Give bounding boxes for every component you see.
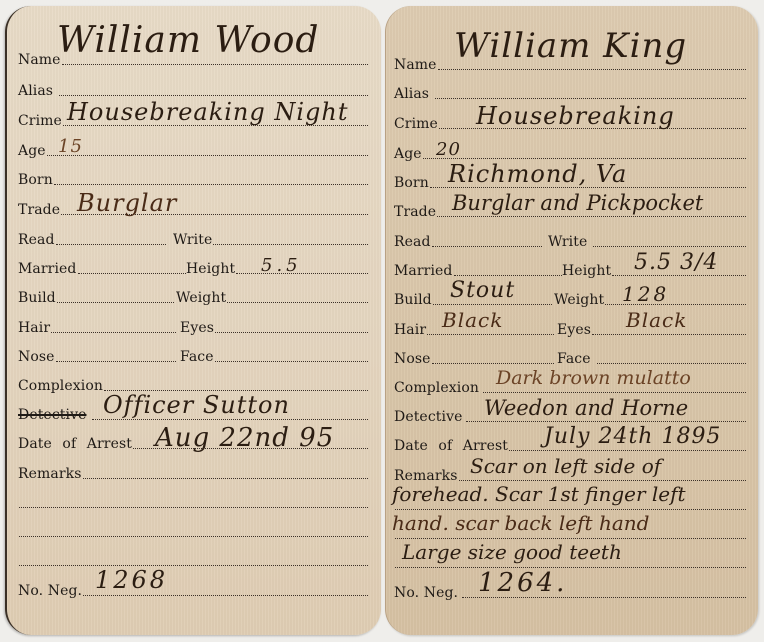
field-label-hair: Hair <box>18 320 50 336</box>
field-label-born: Born <box>18 172 53 188</box>
field-label-weight: Weight <box>176 290 226 306</box>
field-label-write: Write <box>173 232 212 248</box>
field-face: Face <box>557 345 746 367</box>
field-label-complexion: Complexion <box>18 378 103 394</box>
field-label-married: Married <box>394 263 453 279</box>
value-complexion: Dark brown mulatto <box>496 367 691 389</box>
value-height: 5.5 3/4 <box>634 250 718 275</box>
mugshot-record-card-william-king: Name William King Alias Crime Housebreak… <box>385 6 758 635</box>
field-label-hair: Hair <box>394 322 426 338</box>
field-label-detective-struck: Detective <box>18 407 86 423</box>
value-no-neg: 1268 <box>95 566 168 594</box>
value-detective: Officer Sutton <box>103 391 290 419</box>
remarks-line-2 <box>18 489 368 511</box>
field-born: Born <box>18 166 368 188</box>
field-label-read: Read <box>394 234 431 250</box>
field-label-alias: Alias <box>18 83 53 99</box>
value-remarks-line-4: Large size good teeth <box>402 540 622 564</box>
value-detective: Weedon and Horne <box>484 396 688 420</box>
field-married: Married <box>394 257 562 279</box>
value-no-neg: 1264. <box>478 568 567 598</box>
field-hair: Hair <box>18 314 176 336</box>
field-label-face: Face <box>557 351 591 367</box>
value-crime: Housebreaking <box>476 102 675 130</box>
field-label-eyes: Eyes <box>557 322 591 338</box>
mugshot-record-card-william-wood: Name William Wood Alias Crime Housebreak… <box>5 6 381 635</box>
value-crime: Housebreaking Night <box>67 98 349 126</box>
field-alias: Alias <box>394 80 746 102</box>
value-weight: 128 <box>622 282 669 306</box>
field-label-alias: Alias <box>394 86 429 102</box>
value-hair: Black <box>442 308 503 332</box>
field-label-weight: Weight <box>554 292 604 308</box>
remarks-line-3 <box>18 518 368 540</box>
field-label-age: Age <box>394 146 422 162</box>
field-label-remarks: Remarks <box>18 466 82 482</box>
value-age: 15 <box>58 136 83 157</box>
field-label-no-neg: No. Neg. <box>394 585 458 601</box>
field-married: Married <box>18 255 186 277</box>
value-remarks-line-1: Scar on left side of <box>470 454 661 478</box>
field-label-age: Age <box>18 143 46 159</box>
field-label-trade: Trade <box>18 202 60 218</box>
value-born: Richmond, Va <box>448 160 627 188</box>
field-label-build: Build <box>394 292 432 308</box>
field-label-read: Read <box>18 232 55 248</box>
field-label-build: Build <box>18 290 56 306</box>
value-name: William King <box>454 26 687 66</box>
field-label-date-of-arrest: Date of Arrest <box>18 436 132 452</box>
field-label-height: Height <box>562 263 611 279</box>
field-write: Write <box>173 226 368 248</box>
field-label-date-of-arrest: Date of Arrest <box>394 438 508 454</box>
field-nose: Nose <box>18 343 176 365</box>
field-label-name: Name <box>394 57 437 73</box>
field-label-married: Married <box>18 261 77 277</box>
field-remarks: Remarks <box>18 460 368 482</box>
field-no-neg: No. Neg. <box>394 579 746 601</box>
value-name: William Wood <box>57 20 319 61</box>
value-build: Stout <box>450 278 515 303</box>
field-label-crime: Crime <box>18 113 62 129</box>
field-eyes: Eyes <box>180 314 368 336</box>
field-read: Read <box>18 226 166 248</box>
field-build: Build <box>18 284 174 306</box>
field-write: Write <box>548 228 746 250</box>
field-read: Read <box>394 228 542 250</box>
field-label-no-neg: No. Neg. <box>18 583 82 599</box>
value-trade: Burglar <box>77 189 177 217</box>
remarks-line-4 <box>18 547 368 569</box>
field-face: Face <box>180 343 368 365</box>
field-label-trade: Trade <box>394 204 436 220</box>
value-date-of-arrest: Aug 22nd 95 <box>155 423 334 453</box>
field-label-nose: Nose <box>394 351 431 367</box>
field-label-complexion: Complexion <box>394 380 479 396</box>
field-alias: Alias <box>18 77 368 99</box>
field-label-eyes: Eyes <box>180 320 214 336</box>
field-label-face: Face <box>180 349 214 365</box>
value-trade: Burglar and Pickpocket <box>452 191 703 215</box>
field-label-write: Write <box>548 234 587 250</box>
field-label-nose: Nose <box>18 349 55 365</box>
field-label-born: Born <box>394 175 429 191</box>
field-label-crime: Crime <box>394 116 438 132</box>
field-weight: Weight <box>176 284 368 306</box>
field-label-height: Height <box>186 261 235 277</box>
value-remarks-line-3: hand. scar back left hand <box>392 511 649 535</box>
field-trade: Trade <box>18 196 368 218</box>
value-height: 5.5 <box>261 255 302 276</box>
field-no-neg: No. Neg. <box>18 577 368 599</box>
field-label-name: Name <box>18 52 61 68</box>
value-remarks-line-2: forehead. Scar 1st finger left <box>392 482 686 506</box>
value-eyes: Black <box>626 308 687 332</box>
field-label-detective: Detective <box>394 409 462 425</box>
field-nose: Nose <box>394 345 554 367</box>
value-age: 20 <box>436 139 461 160</box>
value-date-of-arrest: July 24th 1895 <box>544 424 721 449</box>
